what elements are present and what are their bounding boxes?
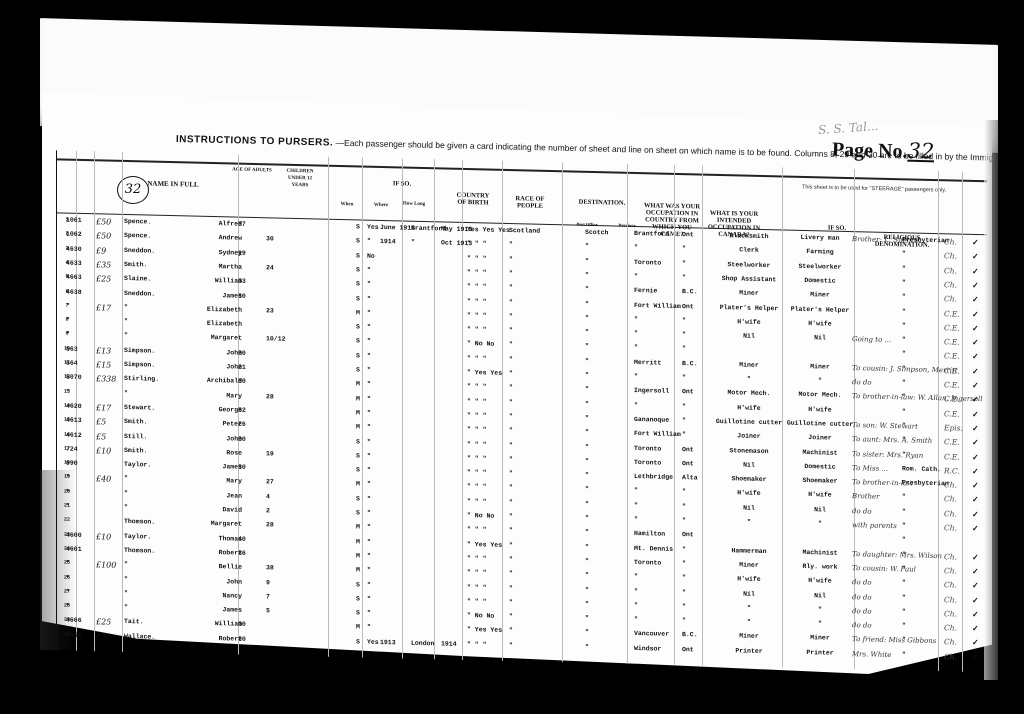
age-male: 30 bbox=[238, 378, 246, 385]
country-of-birth: " bbox=[509, 442, 513, 449]
money-amount: £9 bbox=[96, 246, 106, 255]
surname: " bbox=[124, 575, 128, 582]
religion-code: C.E. bbox=[944, 337, 960, 346]
handwritten-remark: Brother bbox=[852, 492, 880, 501]
previous-occupation: Shop Assistant bbox=[710, 275, 788, 284]
race: " bbox=[585, 429, 589, 436]
religion: " bbox=[902, 565, 906, 572]
destination-post-office: " bbox=[634, 344, 638, 351]
destination-province: Ont bbox=[682, 460, 694, 467]
handwritten-remark: Going to ... bbox=[852, 335, 891, 344]
inspection-check: ✓ bbox=[972, 295, 979, 305]
religion: " bbox=[902, 537, 906, 544]
country-of-birth: " bbox=[509, 341, 513, 348]
ticket-number: 563 bbox=[66, 345, 78, 352]
inspection-check: ✓ bbox=[972, 309, 979, 319]
previous-occupation: Motor Mech. bbox=[710, 389, 788, 398]
surname: " bbox=[124, 475, 128, 482]
page-number-label: Page No.32 bbox=[832, 137, 935, 165]
inspection-check: ✓ bbox=[972, 410, 979, 420]
religion-code: Epis. bbox=[944, 423, 963, 432]
religion: " bbox=[902, 408, 906, 415]
religion-code: C.E. bbox=[944, 366, 960, 375]
ticket-number: 4600 bbox=[66, 531, 82, 538]
ticket-number: " bbox=[66, 317, 70, 324]
given-name: William bbox=[190, 620, 242, 628]
race: " bbox=[585, 500, 589, 507]
country-of-birth: " bbox=[509, 642, 513, 649]
intended-occupation: Motor Mech. bbox=[784, 391, 856, 400]
destination-post-office: Fernie bbox=[634, 287, 657, 295]
religion: Rom. Cath. bbox=[902, 465, 941, 473]
intended-occupation: H'wife bbox=[784, 491, 856, 500]
destination-post-office: Hamilton bbox=[634, 530, 665, 538]
age-female: 28 bbox=[266, 522, 274, 529]
religion-code: Ch. bbox=[944, 523, 957, 532]
race: " bbox=[585, 286, 589, 293]
ticket-number: 4601 bbox=[66, 545, 82, 552]
previous-occupation: Nil bbox=[710, 461, 788, 470]
religion-code: C.E. bbox=[944, 309, 960, 318]
marital-status: S bbox=[356, 595, 360, 602]
country-of-birth: " bbox=[509, 370, 513, 377]
previously-in-canada: " bbox=[367, 581, 371, 588]
destination-post-office: " bbox=[634, 402, 638, 409]
destination-province: " bbox=[682, 589, 686, 596]
age-female: 10/12 bbox=[266, 336, 286, 343]
inspection-check: ✓ bbox=[972, 524, 979, 534]
ticket-number: " bbox=[66, 588, 70, 595]
ticket-number: " bbox=[66, 574, 70, 581]
marital-status: M bbox=[356, 552, 360, 559]
header-when: When bbox=[332, 201, 362, 209]
religion: " bbox=[902, 622, 906, 629]
inspection-check: ✓ bbox=[972, 452, 979, 462]
previously-in-canada: " bbox=[367, 624, 371, 631]
race: " bbox=[585, 572, 589, 579]
country-of-birth: Scotland bbox=[509, 227, 540, 235]
destination-province: " bbox=[682, 331, 686, 338]
marital-status: S bbox=[356, 281, 360, 288]
ticket-number: " bbox=[66, 488, 70, 495]
country-of-birth: " bbox=[509, 613, 513, 620]
marital-status: S bbox=[356, 638, 360, 645]
race: " bbox=[585, 529, 589, 536]
inspection-check: ✓ bbox=[972, 595, 979, 605]
previous-how-long: 1914 bbox=[441, 640, 457, 647]
destination-province: Ont bbox=[682, 231, 694, 238]
literacy-flags: Yes Yes Yes bbox=[467, 226, 510, 234]
handwritten-remark: To son: W. Stewart bbox=[852, 421, 918, 431]
religion: " bbox=[902, 522, 906, 529]
ticket-number: " bbox=[66, 560, 70, 567]
given-name: Jean bbox=[190, 491, 242, 499]
previously-in-canada: " bbox=[367, 324, 371, 331]
marital-status: S bbox=[356, 295, 360, 302]
country-of-birth: " bbox=[509, 585, 513, 592]
given-name: Martha bbox=[190, 262, 242, 270]
given-name: Elizabeth bbox=[190, 305, 242, 313]
race: " bbox=[585, 300, 589, 307]
destination-province: Ont bbox=[682, 303, 694, 310]
literacy-flags: " " " bbox=[467, 255, 487, 262]
religion: " bbox=[902, 379, 906, 386]
country-of-birth: " bbox=[509, 527, 513, 534]
previously-in-canada: " bbox=[367, 352, 371, 359]
previously-in-canada: " bbox=[367, 481, 371, 488]
country-of-birth: " bbox=[509, 256, 513, 263]
previous-occupation: Nil bbox=[710, 589, 788, 598]
previously-in-canada: " bbox=[367, 538, 371, 545]
religion: " bbox=[902, 637, 906, 644]
destination-post-office: " bbox=[634, 373, 638, 380]
money-amount: £25 bbox=[96, 618, 111, 627]
inspection-check: ✓ bbox=[972, 395, 979, 405]
religion-code: C.E. bbox=[944, 323, 960, 332]
intended-occupation: Miner bbox=[784, 291, 856, 300]
given-name: Peter bbox=[190, 420, 242, 428]
previous-occupation: " bbox=[710, 604, 788, 613]
destination-post-office: " bbox=[634, 487, 638, 494]
literacy-flags: " " " bbox=[467, 240, 487, 247]
race: " bbox=[585, 272, 589, 279]
handwritten-remark: do do bbox=[852, 621, 872, 629]
given-name: James bbox=[190, 463, 242, 471]
literacy-flags: " No No bbox=[467, 512, 494, 520]
age-male: 19 bbox=[238, 249, 246, 256]
money-amount: £13 bbox=[96, 346, 111, 355]
age-male: 26 bbox=[238, 421, 246, 428]
country-of-birth: " bbox=[509, 327, 513, 334]
scan-border-right bbox=[998, 0, 1024, 714]
intended-occupation: H'wife bbox=[784, 405, 856, 414]
header-name-in-full: NAME IN FULL bbox=[138, 180, 208, 189]
previous-occupation: H'wife bbox=[710, 575, 788, 584]
money-amount: £100 bbox=[96, 560, 116, 569]
previous-occupation: Nil bbox=[710, 332, 788, 341]
intended-occupation: Miner bbox=[784, 634, 856, 643]
religion: " bbox=[902, 608, 906, 615]
religion: " bbox=[902, 451, 906, 458]
country-of-birth: " bbox=[509, 413, 513, 420]
country-of-birth: " bbox=[509, 384, 513, 391]
race: " bbox=[585, 257, 589, 264]
marital-status: M bbox=[356, 424, 360, 431]
money-amount: £15 bbox=[96, 360, 111, 369]
money-amount: £5 bbox=[96, 417, 106, 426]
scan-border-left bbox=[0, 0, 40, 714]
destination-post-office: Fort William bbox=[634, 301, 681, 309]
header-where: Where bbox=[366, 202, 396, 210]
inspection-check: ✓ bbox=[972, 624, 979, 634]
destination-province: " bbox=[682, 317, 686, 324]
surname: Taylor. bbox=[124, 533, 151, 541]
race: " bbox=[585, 486, 589, 493]
religion: " bbox=[902, 579, 906, 586]
previous-occupation: H'wife bbox=[710, 318, 788, 327]
intended-occupation: Machinist bbox=[784, 448, 856, 457]
age-female: 28 bbox=[266, 393, 274, 400]
money-amount: £10 bbox=[96, 446, 111, 455]
surname: " bbox=[124, 504, 128, 511]
age-male: 30 bbox=[238, 435, 246, 442]
surname: " bbox=[124, 490, 128, 497]
religion: " bbox=[902, 322, 906, 329]
religion-code: Ch. bbox=[944, 280, 957, 289]
destination-post-office: Fort William bbox=[634, 430, 681, 438]
inspection-check: ✓ bbox=[972, 424, 979, 434]
country-of-birth: " bbox=[509, 399, 513, 406]
handwritten-remark: To cousin: W. Paul bbox=[852, 564, 916, 574]
surname: " bbox=[124, 390, 128, 397]
country-of-birth: " bbox=[509, 470, 513, 477]
given-name: George bbox=[190, 405, 242, 413]
surname: " bbox=[124, 304, 128, 311]
race: " bbox=[585, 472, 589, 479]
age-male: 32 bbox=[238, 407, 246, 414]
marital-status: M bbox=[356, 309, 360, 316]
marital-status: S bbox=[356, 266, 360, 273]
previous-when: 1913 bbox=[380, 639, 396, 646]
destination-post-office: Toronto bbox=[634, 444, 661, 452]
literacy-flags: " No No bbox=[467, 340, 494, 348]
destination-province: " bbox=[682, 517, 686, 524]
literacy-flags: " " " bbox=[467, 398, 487, 405]
previously-in-canada: " bbox=[367, 281, 371, 288]
literacy-flags: " " " bbox=[467, 555, 487, 562]
intended-occupation: " bbox=[784, 620, 856, 629]
previously-in-canada: " bbox=[367, 567, 371, 574]
intended-occupation: " bbox=[784, 376, 856, 385]
marital-status: S bbox=[356, 238, 360, 245]
surname: " bbox=[124, 590, 128, 597]
age-female: 7 bbox=[266, 593, 270, 600]
literacy-flags: " " " bbox=[467, 326, 487, 333]
handwritten-remark: Mrs. White bbox=[852, 650, 891, 659]
previously-in-canada: Yes bbox=[367, 638, 379, 645]
destination-province: " bbox=[682, 431, 686, 438]
previously-in-canada: " bbox=[367, 452, 371, 459]
country-of-birth: " bbox=[509, 427, 513, 434]
destination-province: " bbox=[682, 274, 686, 281]
previously-in-canada: " bbox=[367, 410, 371, 417]
ticket-number: 4633 bbox=[66, 259, 82, 266]
inspection-check: ✓ bbox=[972, 352, 979, 362]
previously-in-canada: " bbox=[367, 467, 371, 474]
page-number: 32 bbox=[907, 139, 934, 164]
religion-code: C.E. bbox=[944, 380, 960, 389]
money-amount: £50 bbox=[96, 217, 111, 226]
surname: Still. bbox=[124, 432, 147, 440]
previous-occupation: Nil bbox=[710, 503, 788, 512]
literacy-flags: " " " bbox=[467, 641, 487, 648]
inspection-check: ✓ bbox=[972, 638, 979, 648]
previous-occupation: Miner bbox=[710, 289, 788, 298]
previous-where: London bbox=[411, 639, 434, 647]
previous-occupation: " bbox=[710, 375, 788, 384]
marital-status: M bbox=[356, 567, 360, 574]
surname: " bbox=[124, 561, 128, 568]
ticket-number: 4638 bbox=[66, 288, 82, 295]
ticket-number: " bbox=[66, 474, 70, 481]
religion-code: Ch. bbox=[944, 595, 957, 604]
handwritten-remark: with parents bbox=[852, 521, 897, 530]
religion-code: Ch. bbox=[944, 566, 957, 575]
surname: Spence. bbox=[124, 232, 151, 240]
money-amount: £40 bbox=[96, 475, 111, 484]
handwritten-remark: To friend: Miss Gibbons bbox=[852, 635, 936, 645]
given-name: Margaret bbox=[190, 520, 242, 528]
religion: " bbox=[902, 351, 906, 358]
literacy-flags: " " " bbox=[467, 441, 487, 448]
ticket-number: 990 bbox=[66, 460, 78, 467]
given-name: Bellie bbox=[190, 563, 242, 571]
inspection-check: ✓ bbox=[972, 238, 979, 248]
literacy-flags: " " " bbox=[467, 312, 487, 319]
religion-code: Ch. bbox=[944, 652, 957, 661]
literacy-flags: " No No bbox=[467, 612, 494, 620]
marital-status: S bbox=[356, 366, 360, 373]
surname: Simpson. bbox=[124, 347, 155, 355]
destination-province: " bbox=[682, 503, 686, 510]
country-of-birth: " bbox=[509, 484, 513, 491]
literacy-flags: " " " bbox=[467, 383, 487, 390]
religion: " bbox=[902, 494, 906, 501]
handwritten-remark: To daughter: Mrs. Wilson bbox=[852, 550, 942, 560]
previous-occupation: H'wife bbox=[710, 403, 788, 412]
money-amount: £338 bbox=[96, 375, 116, 384]
literacy-flags: " " " bbox=[467, 483, 487, 490]
destination-post-office: " bbox=[634, 244, 638, 251]
race: " bbox=[585, 329, 589, 336]
page-label: Page No. bbox=[832, 139, 908, 163]
given-name: James bbox=[190, 606, 242, 614]
marital-status: S bbox=[356, 252, 360, 259]
surname: Sneddon. bbox=[124, 247, 155, 255]
ticket-number: 724 bbox=[66, 445, 78, 452]
ticket-number: 4612 bbox=[66, 431, 82, 438]
country-of-birth: " bbox=[509, 499, 513, 506]
handwritten-remark: To sister: Mrs. Ryan bbox=[852, 450, 923, 460]
age-female: 23 bbox=[266, 307, 274, 314]
religion-code: Ch. bbox=[944, 609, 957, 618]
religion-code: Ch. bbox=[944, 266, 957, 275]
destination-province: " bbox=[682, 374, 686, 381]
previously-in-canada: " bbox=[367, 510, 371, 517]
literacy-flags: " " " bbox=[467, 469, 487, 476]
religion-code: C.E. bbox=[944, 437, 960, 446]
religion-code: Ch. bbox=[944, 495, 957, 504]
given-name: Margaret bbox=[190, 334, 242, 342]
age-female: 24 bbox=[266, 264, 274, 271]
race: " bbox=[585, 543, 589, 550]
surname: Simpson. bbox=[124, 361, 155, 369]
religion: " bbox=[902, 308, 906, 315]
country-of-birth: " bbox=[509, 270, 513, 277]
surname: Wallace. bbox=[124, 633, 155, 641]
given-name: James bbox=[190, 291, 242, 299]
religion-code: Ch. bbox=[944, 638, 957, 647]
literacy-flags: " " " bbox=[467, 355, 487, 362]
religion: Presbyterian bbox=[902, 479, 949, 487]
destination-post-office: " bbox=[634, 502, 638, 509]
ticket-number: 4620 bbox=[66, 402, 82, 409]
ticket-number: " bbox=[66, 331, 70, 338]
ticket-number: " bbox=[66, 503, 70, 510]
ticket-number: " bbox=[66, 388, 70, 395]
country-of-birth: " bbox=[509, 456, 513, 463]
given-name: Rose bbox=[190, 448, 242, 456]
handwritten-remark: do do bbox=[852, 378, 872, 386]
ticket-number: 4656 bbox=[66, 631, 82, 638]
ticket-number: " bbox=[66, 603, 70, 610]
destination-province: Ont bbox=[682, 646, 694, 653]
destination-post-office: " bbox=[634, 273, 638, 280]
age-male: 30 bbox=[238, 292, 246, 299]
race: " bbox=[585, 601, 589, 608]
inspection-check: ✓ bbox=[972, 467, 979, 477]
religion-code: Ch. bbox=[944, 580, 957, 589]
previous-when: 1914 bbox=[380, 238, 396, 245]
intended-occupation: Nil bbox=[784, 591, 856, 600]
previously-in-canada: " bbox=[367, 381, 371, 388]
race: " bbox=[585, 343, 589, 350]
country-of-birth: " bbox=[509, 299, 513, 306]
previous-occupation: Shoemaker bbox=[710, 475, 788, 484]
inspection-check: ✓ bbox=[972, 267, 979, 277]
religion: " bbox=[902, 265, 906, 272]
literacy-flags: " Yes Yes bbox=[467, 541, 502, 549]
given-name: John bbox=[190, 362, 242, 370]
surname: Thomson. bbox=[124, 518, 155, 526]
previously-in-canada: " bbox=[367, 367, 371, 374]
country-of-birth: " bbox=[509, 542, 513, 549]
ticket-number: 5070 bbox=[66, 374, 82, 381]
race: " bbox=[585, 443, 589, 450]
surname: " bbox=[124, 604, 128, 611]
previous-where: " bbox=[411, 239, 415, 246]
inspection-check: ✓ bbox=[972, 653, 979, 663]
race: " bbox=[585, 357, 589, 364]
religion: " bbox=[902, 293, 906, 300]
surname: Smith. bbox=[124, 418, 147, 426]
religion: " bbox=[902, 336, 906, 343]
destination-province: " bbox=[682, 560, 686, 567]
destination-post-office: Toronto bbox=[634, 559, 661, 567]
literacy-flags: " " " bbox=[467, 584, 487, 591]
inspection-check: ✓ bbox=[972, 438, 979, 448]
destination-post-office: " bbox=[634, 587, 638, 594]
intended-occupation: Steelworker bbox=[784, 262, 856, 271]
literacy-flags: " " " bbox=[467, 455, 487, 462]
destination-province: " bbox=[682, 417, 686, 424]
given-name: Andrew bbox=[190, 234, 242, 242]
age-male: 40 bbox=[238, 535, 246, 542]
race: " bbox=[585, 386, 589, 393]
literacy-flags: " Yes Yes bbox=[467, 369, 502, 377]
intended-occupation: " bbox=[784, 519, 856, 528]
religion-code: Ch. bbox=[944, 252, 957, 261]
intended-occupation: Livery man bbox=[784, 233, 856, 242]
inspection-check: ✓ bbox=[972, 481, 979, 491]
destination-province: B.C. bbox=[682, 631, 698, 638]
religion-code: C.E. bbox=[944, 452, 960, 461]
previous-occupation: Clerk bbox=[710, 246, 788, 255]
intended-occupation: Farming bbox=[784, 248, 856, 257]
religion: " bbox=[902, 251, 906, 258]
money-amount: £17 bbox=[96, 403, 111, 412]
ticket-number: 1061 bbox=[66, 217, 82, 224]
